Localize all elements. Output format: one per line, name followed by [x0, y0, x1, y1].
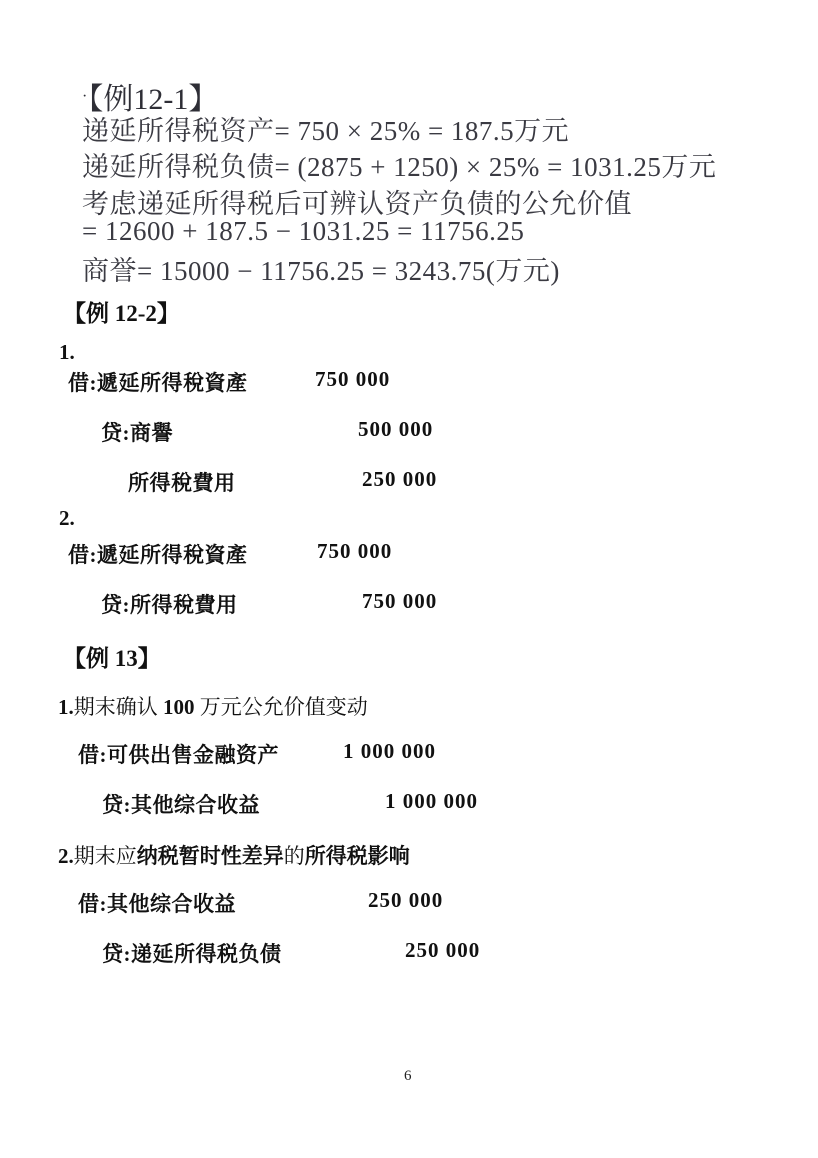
- journal-amount: 1 000 000: [385, 789, 478, 814]
- journal-row: 贷:递延所得税负债 250 000: [0, 938, 818, 964]
- journal-amount: 750 000: [317, 539, 392, 564]
- journal-credit-label: 贷:其他综合收益: [102, 789, 260, 819]
- journal-row: 贷:所得稅費用 750 000: [0, 589, 818, 615]
- journal-credit-label: 贷:商譽: [101, 417, 173, 447]
- heading-text-bold: 所得税影响: [305, 844, 410, 868]
- calc-line-fair-value-result: = 12600 + 187.5 − 1031.25 = 11756.25: [82, 216, 524, 247]
- example-13-part-2-heading: 2.期末应纳税暂时性差异的所得税影响: [58, 840, 410, 870]
- journal-amount: 750 000: [315, 367, 390, 392]
- heading-text: 的: [284, 844, 305, 868]
- entry-2-number: 2.: [59, 506, 75, 531]
- journal-debit-label: 借:遞延所得稅資產: [68, 367, 248, 397]
- page-number: 6: [404, 1068, 412, 1085]
- calc-line-deferred-tax-liability: 递延所得税负债= (2875 + 1250) × 25% = 1031.25万元: [82, 145, 716, 184]
- example-13-title: 【例 13】: [63, 640, 161, 673]
- journal-amount: 750 000: [362, 589, 437, 614]
- journal-row: 贷:其他综合收益 1 000 000: [0, 789, 818, 815]
- calc-line-deferred-tax-asset: 递延所得税资产= 750 × 25% = 187.5万元: [82, 109, 569, 148]
- journal-amount: 1 000 000: [343, 739, 436, 764]
- bullet-dot-icon: ·: [82, 88, 87, 105]
- journal-debit-label: 借:遞延所得稅資產: [68, 539, 248, 569]
- journal-amount: 250 000: [368, 888, 443, 913]
- journal-credit-label: 贷:递延所得税负债: [102, 938, 282, 968]
- journal-row: 贷:商譽 500 000: [0, 417, 818, 443]
- heading-text: 期末确认: [74, 695, 163, 719]
- journal-row: 所得稅費用 250 000: [0, 467, 818, 493]
- journal-amount: 500 000: [358, 417, 433, 442]
- entry-1-number: 1.: [59, 340, 75, 365]
- heading-text: 万元公允价值变动: [195, 695, 368, 719]
- journal-credit-label: 所得稅費用: [128, 467, 236, 497]
- heading-number: 2.: [58, 844, 74, 868]
- heading-figure: 100: [163, 695, 195, 719]
- journal-row: 借:可供出售金融资产 1 000 000: [0, 739, 818, 765]
- journal-row: 借:遞延所得稅資產 750 000: [0, 367, 818, 393]
- heading-text-bold: 纳税暂时性差异: [137, 844, 284, 868]
- journal-credit-label: 贷:所得稅費用: [101, 589, 238, 619]
- heading-number: 1.: [58, 695, 74, 719]
- document-page: ·【例12-1】 递延所得税资产= 750 × 25% = 187.5万元 递延…: [0, 0, 818, 1158]
- example-12-2-title: 【例 12-2】: [63, 295, 180, 328]
- example-13-part-1-heading: 1.期末确认 100 万元公允价值变动: [58, 691, 368, 721]
- heading-text: 期末应: [74, 844, 137, 868]
- calc-line-goodwill: 商誉= 15000 − 11756.25 = 3243.75(万元): [82, 249, 560, 288]
- journal-amount: 250 000: [405, 938, 480, 963]
- journal-amount: 250 000: [362, 467, 437, 492]
- journal-debit-label: 借:可供出售金融资产: [78, 739, 279, 769]
- journal-debit-label: 借:其他综合收益: [78, 888, 236, 918]
- journal-row: 借:其他综合收益 250 000: [0, 888, 818, 914]
- journal-row: 借:遞延所得稅資產 750 000: [0, 539, 818, 565]
